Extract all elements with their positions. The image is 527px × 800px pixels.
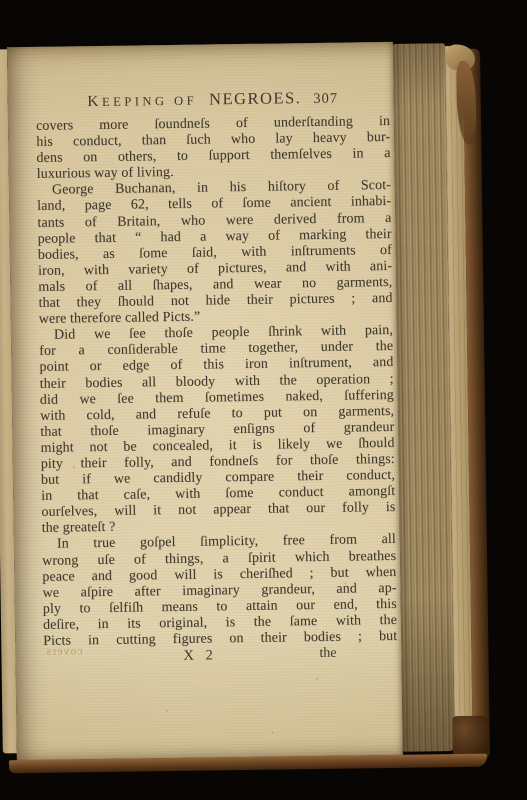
signature-line: X 2 the — [43, 645, 397, 667]
signature-mark: X 2 — [183, 647, 217, 664]
page-text: covers more ſoundneſs of underſtanding i… — [36, 114, 397, 650]
header-work-title: NEGROES. — [209, 88, 301, 109]
catchword: the — [319, 646, 336, 662]
running-header: KEEPING OF NEGROES. 307 — [36, 87, 390, 112]
book-page: KEEPING OF NEGROES. 307 covers more ſoun… — [7, 42, 403, 760]
open-book: KEEPING OF NEGROES. 307 covers more ſoun… — [0, 41, 495, 774]
paper-speckles — [73, 466, 75, 468]
bleedthrough-text: covers — [45, 645, 82, 658]
header-running-title: KEEPING OF — [87, 92, 197, 112]
header-page-number: 307 — [313, 91, 338, 108]
book-photo: KEEPING OF NEGROES. 307 covers more ſoun… — [0, 0, 527, 800]
